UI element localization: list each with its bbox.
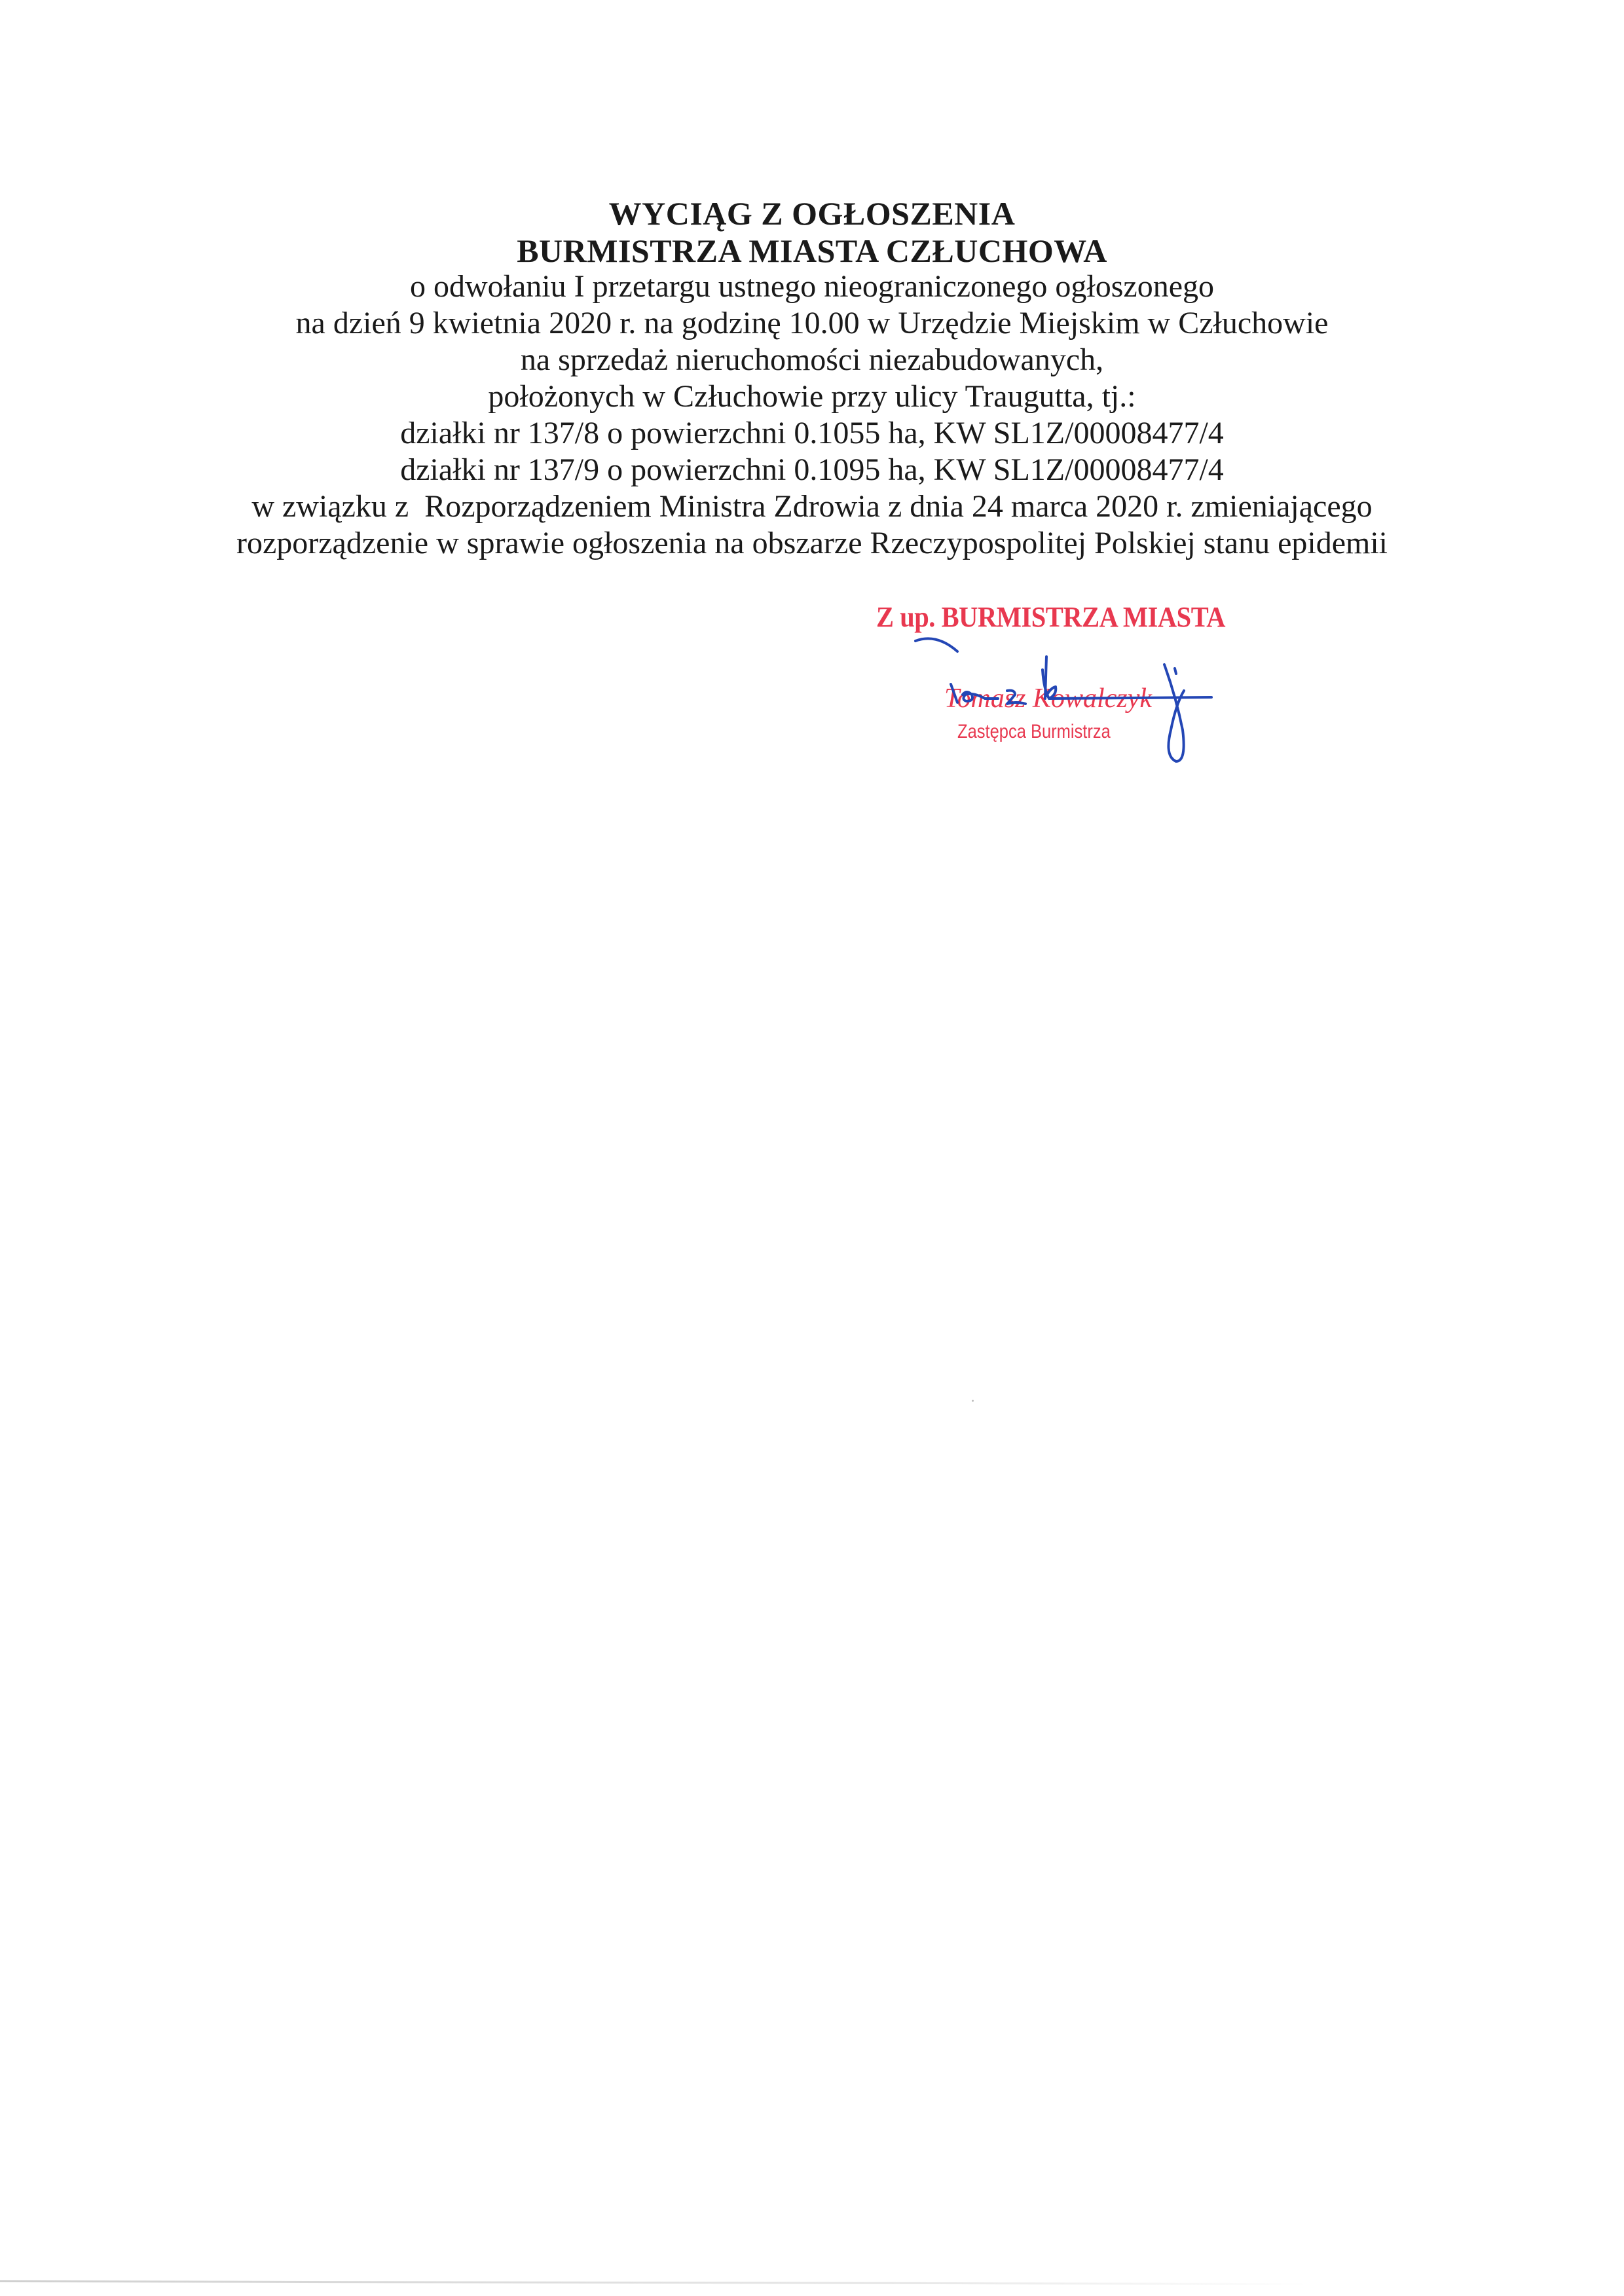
- handwritten-signature-icon: [871, 599, 1238, 769]
- scan-edge-line: [0, 2280, 1310, 2285]
- body-line: na sprzedaż nieruchomości niezabudowanyc…: [0, 342, 1624, 378]
- document-page: WYCIĄG Z OGŁOSZENIA BURMISTRZA MIASTA CZ…: [0, 0, 1624, 2296]
- body-line: działki nr 137/8 o powierzchni 0.1055 ha…: [0, 415, 1624, 452]
- body-line: w związku z Rozporządzeniem Ministra Zdr…: [0, 488, 1624, 525]
- body-line: na dzień 9 kwietnia 2020 r. na godzinę 1…: [0, 305, 1624, 342]
- announcement-body: o odwołaniu I przetargu ustnego nieogran…: [0, 268, 1624, 562]
- body-line: działki nr 137/9 o powierzchni 0.1095 ha…: [0, 452, 1624, 488]
- heading-line-1: WYCIĄG Z OGŁOSZENIA: [0, 195, 1624, 232]
- document-heading: WYCIĄG Z OGŁOSZENIA BURMISTRZA MIASTA CZ…: [0, 195, 1624, 270]
- official-stamp: Z up. BURMISTRZA MIASTA Tomasz Kowalczyk…: [871, 599, 1238, 769]
- body-line: położonych w Człuchowie przy ulicy Traug…: [0, 378, 1624, 415]
- body-line: rozporządzenie w sprawie ogłoszenia na o…: [0, 525, 1624, 562]
- body-line: o odwołaniu I przetargu ustnego nieogran…: [0, 268, 1624, 305]
- heading-line-2: BURMISTRZA MIASTA CZŁUCHOWA: [0, 232, 1624, 270]
- scan-speck: [972, 1400, 974, 1402]
